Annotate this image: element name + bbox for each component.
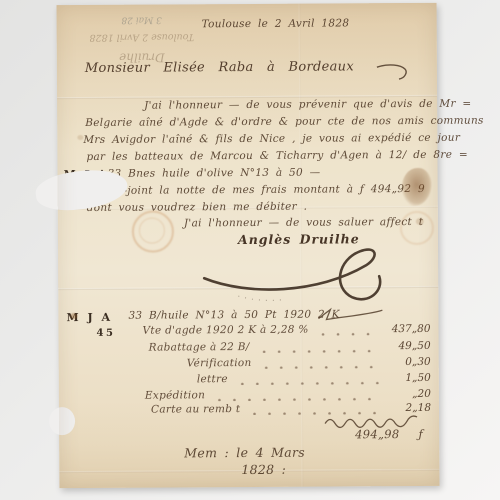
row-value: 1„50 (387, 372, 431, 384)
memo-line: 1828 : (241, 462, 286, 477)
account-submark: 45 (97, 328, 116, 339)
row-label: Rabattage à 22 B/ (149, 341, 250, 354)
body-line: Belgarie aîné d'Agde & d'ordre & pour ct… (85, 115, 484, 129)
row-value: 0„30 (387, 356, 431, 368)
body-line: ci-joint la notte de mes frais montant à… (114, 183, 425, 197)
memo-line: Mem : le 4 Mars (184, 445, 305, 461)
account-header-line: 33 B/huile N°13 à 50 Pt 1920 2 K (128, 308, 339, 321)
rust-speck (77, 135, 83, 140)
account-row: Expédition „20 (145, 388, 431, 402)
row-value: 49„50 (387, 340, 431, 352)
body-line: 33 Bnes huile d'olive N°13 à 50 — (108, 167, 321, 180)
dot-leader (259, 364, 380, 369)
row-value: 437„80 (386, 323, 430, 335)
body-line: par les batteaux de Marcou & Ticharry d'… (86, 149, 468, 163)
account-row: Vérification 0„30 (187, 356, 431, 369)
signature-paraph (198, 243, 408, 300)
row-value: „20 (387, 388, 431, 400)
address-flourish (375, 61, 409, 81)
postmark-inner-ring (139, 218, 165, 244)
showthrough-date: Toulouse 2 Avril 1828 (67, 27, 217, 46)
letter-paper: Druilhe Toulouse 2 Avril 1828 3 Mai 28 T… (57, 3, 440, 488)
body-line: Mrs Avigdor l'aîné & fils de Nice , je v… (83, 132, 460, 146)
rust-speck (70, 313, 77, 319)
dot-leader (235, 380, 380, 385)
account-row: lettre 1„50 (197, 372, 431, 385)
body-line: dont vous voudrez bien me débiter . (87, 201, 308, 214)
total-line: 494„98 ƒ (355, 427, 423, 441)
row-label: Vérification (187, 357, 252, 369)
ink-stain (402, 168, 432, 206)
showthrough-pencil-date: 3 Mai 28 (67, 10, 217, 28)
account-header-flourish (316, 306, 386, 322)
total-value: 494„98 (355, 427, 399, 441)
photo-background: { "colors": { "background": "#ededec", "… (0, 0, 500, 500)
dot-leader (316, 331, 380, 335)
row-label: Vte d'agde 1920 2 K à 2,28 % (142, 324, 308, 337)
total-currency: ƒ (418, 427, 423, 441)
address-line: Monsieur Elisée Raba à Bordeaux (85, 59, 354, 76)
body-line: J'ai l'honneur — de vous prévenir que d'… (144, 98, 471, 112)
dot-leader (212, 396, 380, 401)
account-row: Vte d'agde 1920 2 K à 2,28 % 437„80 (142, 323, 430, 337)
address-text: Monsieur Elisée Raba à Bordeaux (85, 59, 354, 76)
row-label: lettre (197, 373, 228, 385)
paper-tear (49, 407, 75, 435)
dateline: Toulouse le 2 Avril 1828 (202, 17, 350, 30)
row-label: Expédition (145, 389, 205, 401)
dot-leader (257, 348, 380, 353)
rust-speck (416, 218, 424, 225)
row-label: Carte au remb t (151, 403, 240, 416)
account-row: Rabattage à 22 B/ 49„50 (149, 340, 431, 354)
closing-line: J'ai l'honneur — de vous saluer affect t (184, 216, 423, 229)
